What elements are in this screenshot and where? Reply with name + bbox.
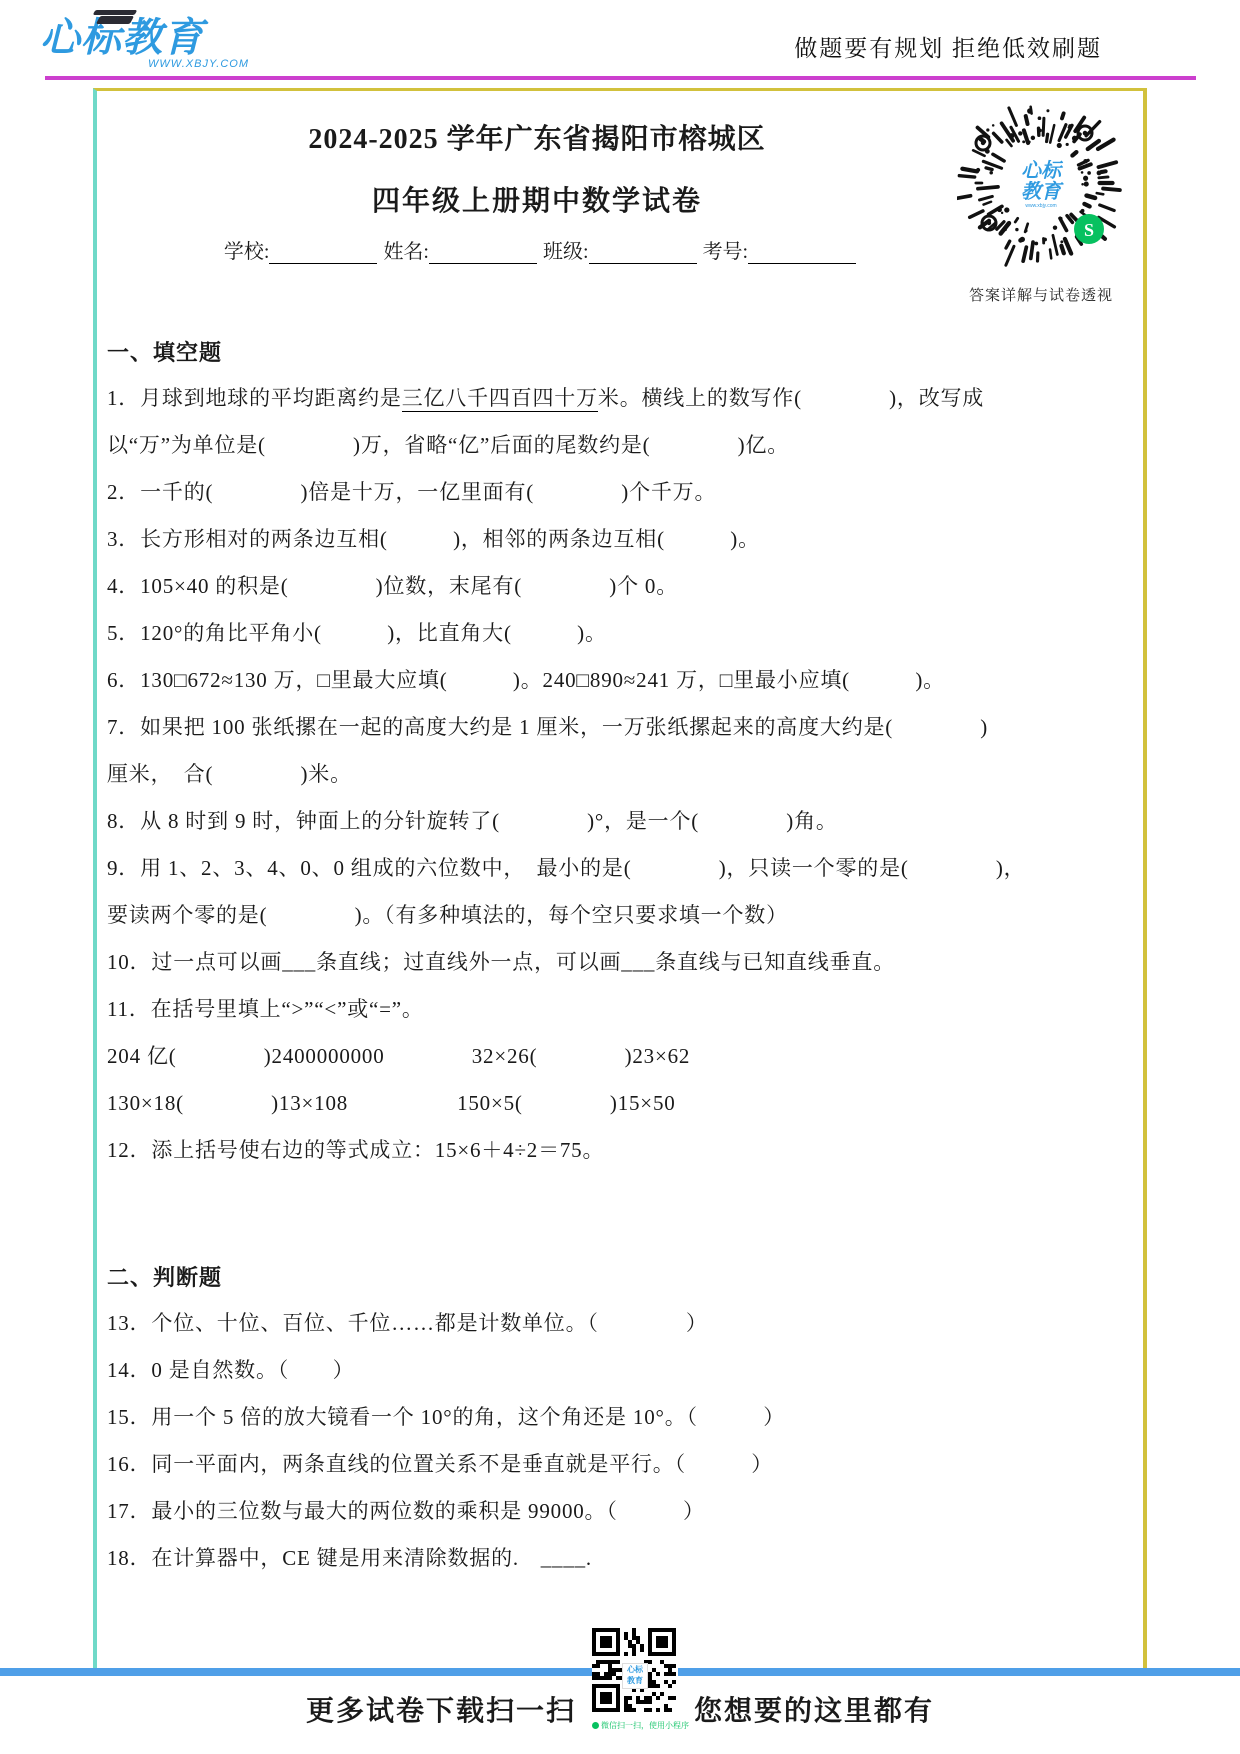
question-text: 15．用一个 5 倍的放大镜看一个 10°的角，这个角还是 10°。（ ）: [107, 1405, 785, 1429]
question-line: 13．个位、十位、百位、千位……都是计数单位。（ ）: [107, 1300, 1125, 1347]
question-line: 7．如果把 100 张纸摞在一起的高度大约是 1 厘米，一万张纸摞起来的高度大约…: [107, 704, 1125, 751]
question-line: 要读两个零的是( )。（有多种填法的，每个空只要求填一个数）: [107, 892, 1125, 939]
exam-paper: 心标教育www.xbjy.comS 答案详解与试卷透视 2024-2025 学年…: [93, 88, 1147, 1668]
question-line: 以“万”为单位是( )万，省略“亿”后面的尾数约是( )亿。: [107, 422, 1125, 469]
question-line: 204 亿( )2400000000 32×26( )23×62: [107, 1033, 1125, 1080]
question-line: 4．105×40 的积是( )位数，末尾有( )个 0。: [107, 563, 1125, 610]
info-field-label: 考号:: [703, 241, 749, 263]
info-field-label: 学校:: [224, 241, 270, 263]
section-heading: 一、填空题: [107, 337, 1125, 369]
question-text: 130×18( )13×108 150×5( )15×50: [107, 1091, 676, 1115]
question-line: 11．在括号里填上“>”“<”或“=”。: [107, 986, 1125, 1033]
question-line: 18．在计算器中，CE 键是用来清除数据的. ____.: [107, 1535, 1125, 1582]
question-line: 6．130□672≈130 万，□里最大应填( )。240□890≈241 万，…: [107, 657, 1125, 704]
question-text: 17．最小的三位数与最大的两位数的乘积是 99000。（ ）: [107, 1499, 705, 1523]
question-text: 10．过一点可以画___条直线；过直线外一点，可以画___条直线与已知直线垂直。: [107, 950, 895, 974]
paper-title-line2: 四年级上册期中数学试卷: [97, 179, 977, 219]
question-text: 2．一千的( )倍是十万，一亿里面有( )个千万。: [107, 480, 716, 504]
question-text: 12．添上括号使右边的等式成立：15×6＋4÷2＝75。: [107, 1138, 604, 1162]
question-line: 15．用一个 5 倍的放大镜看一个 10°的角，这个角还是 10°。（ ）: [107, 1394, 1125, 1441]
question-line: 10．过一点可以画___条直线；过直线外一点，可以画___条直线与已知直线垂直。: [107, 939, 1125, 986]
footer-left-text: 更多试卷下载扫一扫: [306, 1645, 576, 1729]
info-field-label: 姓名:: [383, 241, 429, 263]
header-slogan: 做题要有规划 拒绝低效刷题: [794, 30, 1102, 63]
question-line: 厘米， 合( )米。: [107, 751, 1125, 798]
info-blank-line: [589, 241, 697, 264]
svg-text:www.xbjy.com: www.xbjy.com: [1025, 203, 1056, 209]
logo-url-text: WWW.XBJY.COM: [148, 58, 249, 70]
header-divider: [45, 76, 1196, 80]
question-text: 米。横线上的数写作( )，改写成: [598, 386, 984, 410]
question-text: 11．在括号里填上“>”“<”或“=”。: [107, 997, 424, 1021]
question-text: 6．130□672≈130 万，□里最大应填( )。240□890≈241 万，…: [107, 668, 945, 692]
question-line: 12．添上括号使右边的等式成立：15×6＋4÷2＝75。: [107, 1127, 1125, 1174]
section-lines: 1．月球到地球的平均距离约是三亿八千四百四十万米。横线上的数写作( )，改写成以…: [107, 375, 1125, 1174]
question-line: 5．120°的角比平角小( )，比直角大( )。: [107, 610, 1125, 657]
svg-text:心标: 心标: [1021, 159, 1064, 182]
question-line: 17．最小的三位数与最大的两位数的乘积是 99000。（ ）: [107, 1488, 1125, 1535]
section-lines: 13．个位、十位、百位、千位……都是计数单位。（ ）14．0 是自然数。（ ）1…: [107, 1300, 1125, 1582]
question-text: 18．在计算器中，CE 键是用来清除数据的. ____.: [107, 1546, 592, 1570]
question-text: 204 亿( )2400000000 32×26( )23×62: [107, 1044, 690, 1068]
info-blank-line: [269, 241, 377, 264]
question-line: 1．月球到地球的平均距离约是三亿八千四百四十万米。横线上的数写作( )，改写成: [107, 375, 1125, 422]
info-field-label: 班级:: [543, 241, 589, 263]
info-blank-line: [429, 241, 537, 264]
footer: 更多试卷下载扫一扫 心标 教育 微信扫一扫，使用小程序 您想要的这里都有: [0, 1628, 1240, 1746]
question-text: 13．个位、十位、百位、千位……都是计数单位。（ ）: [107, 1311, 708, 1335]
question-line: 14．0 是自然数。（ ）: [107, 1347, 1125, 1394]
qr-center-logo: 心标 教育: [622, 1663, 648, 1689]
question-text: 厘米， 合( )米。: [107, 762, 352, 786]
question-line: 8．从 8 时到 9 时，钟面上的分针旋转了( )°，是一个( )角。: [107, 798, 1125, 845]
question-text: 8．从 8 时到 9 时，钟面上的分针旋转了( )°，是一个( )角。: [107, 809, 838, 833]
question-line: 16．同一平面内，两条直线的位置关系不是垂直就是平行。（ ）: [107, 1441, 1125, 1488]
paper-title-line1: 2024-2025 学年广东省揭阳市榕城区: [97, 117, 977, 157]
svg-text:S: S: [1084, 220, 1094, 240]
question-text: 4．105×40 的积是( )位数，末尾有( )个 0。: [107, 574, 678, 598]
qr-caption: 答案详解与试卷透视: [955, 284, 1127, 305]
download-qr-block: 心标 教育 微信扫一扫，使用小程序: [592, 1628, 678, 1746]
question-text: 要读两个零的是( )。（有多种填法的，每个空只要求填一个数）: [107, 903, 788, 927]
question-text: 1．月球到地球的平均距离约是: [107, 386, 402, 410]
question-line: 2．一千的( )倍是十万，一亿里面有( )个千万。: [107, 469, 1125, 516]
wechat-green-dot-icon: [592, 1722, 599, 1729]
answer-qr-code: 心标教育www.xbjy.comS: [957, 103, 1125, 271]
question-text: 14．0 是自然数。（ ）: [107, 1358, 354, 1382]
question-line: 130×18( )13×108 150×5( )15×50: [107, 1080, 1125, 1127]
question-text: 5．120°的角比平角小( )，比直角大( )。: [107, 621, 607, 645]
section-heading: 二、判断题: [107, 1262, 1125, 1294]
question-line: 9．用 1、2、3、4、0、0 组成的六位数中， 最小的是( )，只读一个零的是…: [107, 845, 1125, 892]
question-text: 以“万”为单位是( )万，省略“亿”后面的尾数约是( )亿。: [107, 433, 789, 457]
underlined-text: 三亿八千四百四十万: [402, 386, 598, 412]
student-info-line: 学校:姓名:班级:考号:: [97, 235, 977, 265]
question-text: 16．同一平面内，两条直线的位置关系不是垂直就是平行。（ ）: [107, 1452, 773, 1476]
answer-qr-block: 心标教育www.xbjy.comS 答案详解与试卷透视: [955, 103, 1127, 305]
question-text: 7．如果把 100 张纸摞在一起的高度大约是 1 厘米，一万张纸摞起来的高度大约…: [107, 715, 988, 739]
info-blank-line: [748, 241, 856, 264]
question-text: 3．长方形相对的两条边互相( )，相邻的两条边互相( )。: [107, 527, 760, 551]
footer-right-text: 您想要的这里都有: [694, 1645, 934, 1729]
xbjy-logo: 心标教育 WWW.XBJY.COM: [40, 12, 270, 74]
wechat-scan-note: 微信扫一扫，使用小程序: [592, 1720, 678, 1731]
svg-text:教育: 教育: [1021, 180, 1064, 203]
question-line: 3．长方形相对的两条边互相( )，相邻的两条边互相( )。: [107, 516, 1125, 563]
question-text: 9．用 1、2、3、4、0、0 组成的六位数中， 最小的是( )，只读一个零的是…: [107, 856, 1025, 880]
question-sections: 一、填空题1．月球到地球的平均距离约是三亿八千四百四十万米。横线上的数写作( )…: [97, 337, 1143, 1582]
